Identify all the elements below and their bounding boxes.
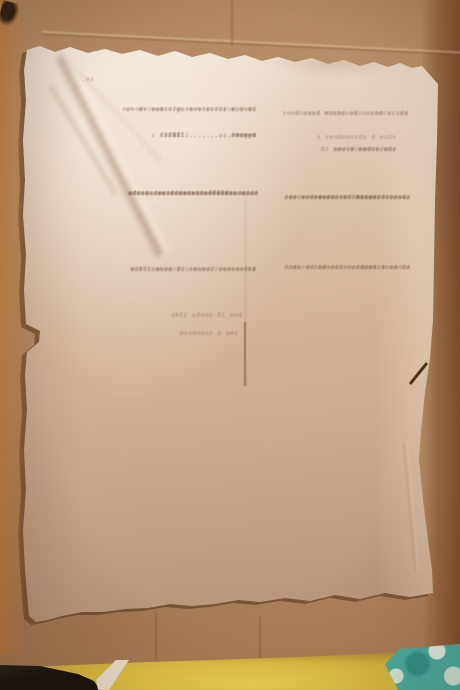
photo-frame: sv. umne sotba irvem ogse bav smeruot bu… xyxy=(0,0,460,690)
text-line: rebno . . . . . 1785 s xyxy=(164,132,256,140)
text-line: 175s xyxy=(239,266,256,274)
diagonal-crease xyxy=(54,52,169,257)
text-line: bavnom s tas e oram bsnoe vs xyxy=(138,106,256,114)
cardboard-scratch xyxy=(231,0,233,46)
center-fold-line xyxy=(244,322,246,386)
cardboard-scratch xyxy=(259,616,261,658)
text-line: so bs bsoemb xyxy=(360,264,410,272)
text-line: s bsom xyxy=(371,146,396,154)
text-line: sbne b obsnembnes s xyxy=(316,134,396,142)
text-line: sb so bsembs xyxy=(360,194,410,202)
text-line: sme b snembosm xyxy=(179,330,238,338)
text-line: bne 18 smeba 194s xyxy=(171,312,242,320)
edge-tear-slit xyxy=(409,362,428,385)
text-line: s bevsnom bsone o s bsemov sbe xyxy=(130,266,256,274)
text-line: sv. xyxy=(81,76,94,84)
text-line: ba ss bosn ome bsnom bsesno xyxy=(295,110,408,118)
center-fold-line-faint xyxy=(245,194,246,326)
text-line: osnbe bmonse bsv omne e xyxy=(161,190,258,198)
cardboard-scratch xyxy=(155,612,157,660)
right-edge-fold xyxy=(403,442,418,572)
paper-document: sv. umne sotba irvem ogse bav smeruot bu… xyxy=(22,44,438,626)
